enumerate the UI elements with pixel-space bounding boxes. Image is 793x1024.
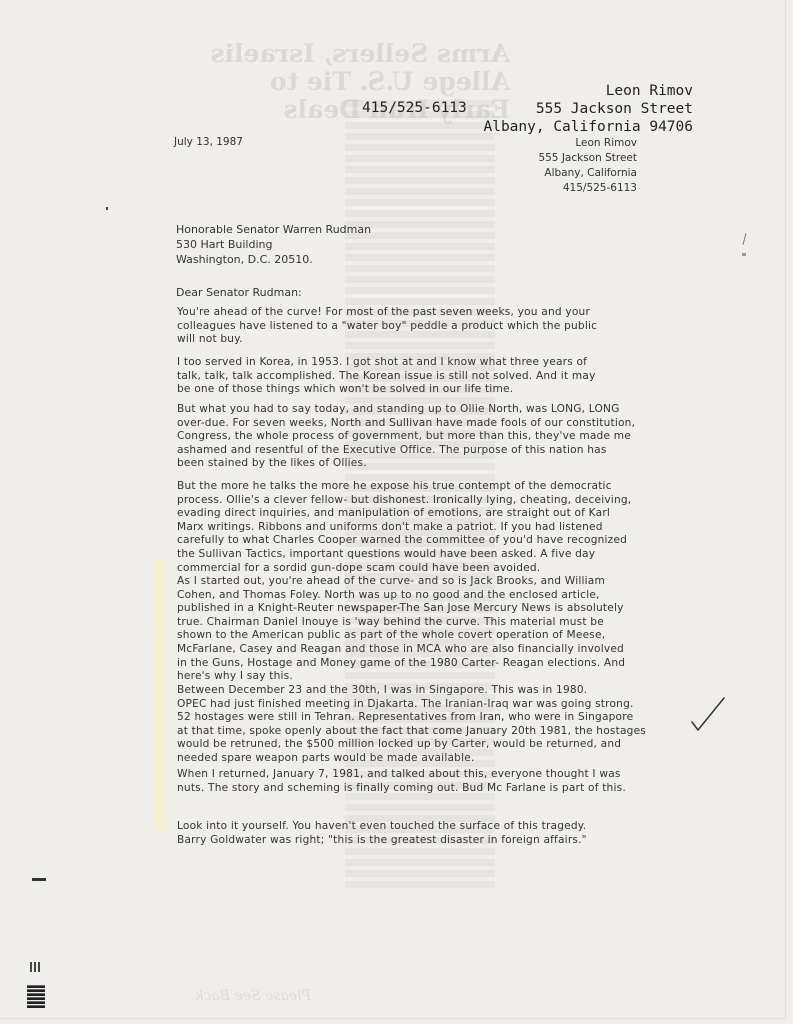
paragraph-line: in the Guns, Hostage and Money game of t… bbox=[177, 657, 677, 671]
paragraph: Between December 23 and the 30th, I was … bbox=[177, 684, 677, 766]
paragraph-line: would be retruned, the $500 million lock… bbox=[177, 738, 677, 752]
paragraph-line: shown to the American public as part of … bbox=[177, 629, 677, 643]
paragraph-line: Marx writings. Ribbons and uniforms don'… bbox=[177, 521, 677, 535]
paragraph-line: true. Chairman Daniel Inouye is 'way beh… bbox=[177, 616, 677, 630]
margin-mark bbox=[742, 233, 746, 245]
sender-phone: 415/525-6113 bbox=[538, 181, 637, 196]
margin-mark bbox=[106, 207, 108, 210]
paragraph-line: 52 hostages were still in Tehran. Repres… bbox=[177, 711, 677, 725]
sender-city: Albany, California bbox=[538, 166, 637, 181]
paragraph: As I started out, you're ahead of the cu… bbox=[177, 575, 677, 684]
paragraph: Look into it yourself. You haven't even … bbox=[177, 820, 677, 847]
paragraph-line: ashamed and resentful of the Executive O… bbox=[177, 444, 677, 458]
paragraph-line: Barry Goldwater was right; "this is the … bbox=[177, 834, 677, 848]
paragraph-line: the Sullivan Tactics, important question… bbox=[177, 548, 677, 562]
margin-mark bbox=[742, 253, 746, 256]
letterhead-street: 555 Jackson Street bbox=[483, 100, 693, 118]
hole-punch-mark bbox=[32, 878, 46, 881]
paragraph: But what you had to say today, and stand… bbox=[177, 403, 677, 471]
paragraph-line: published in a Knight-Reuter newspaper-T… bbox=[177, 602, 677, 616]
recipient-line: Honorable Senator Warren Rudman bbox=[176, 222, 371, 237]
letter-date: July 13, 1987 bbox=[174, 136, 243, 148]
paragraph-line: here's why I say this. bbox=[177, 670, 677, 684]
sender-street: 555 Jackson Street bbox=[538, 151, 637, 166]
letterhead: Leon Rimov 555 Jackson Street Albany, Ca… bbox=[483, 82, 693, 136]
paragraph-line: But the more he talks the more he expose… bbox=[177, 480, 677, 494]
paragraph-line: commercial for a sordid gun-dope scam co… bbox=[177, 562, 677, 576]
paragraph-line: I too served in Korea, in 1953. I got sh… bbox=[177, 356, 677, 370]
recipient-line: Washington, D.C. 20510. bbox=[176, 252, 371, 267]
paragraph-line: As I started out, you're ahead of the cu… bbox=[177, 575, 677, 589]
paragraph-line: nuts. The story and scheming is finally … bbox=[177, 782, 677, 796]
paragraph-line: You're ahead of the curve! For most of t… bbox=[177, 306, 677, 320]
highlight-stain bbox=[152, 560, 170, 830]
salutation: Dear Senator Rudman: bbox=[176, 286, 302, 299]
letter-page: Arms Sellers, Israelis Allege U.S. Tie t… bbox=[0, 0, 786, 1019]
bleedthrough-footer: Please See Back bbox=[195, 988, 311, 1004]
letterhead-phone: 415/525-6113 bbox=[362, 100, 467, 116]
paragraph-line: McFarlane, Casey and Reagan and those in… bbox=[177, 643, 677, 657]
sender-name: Leon Rimov bbox=[538, 136, 637, 151]
paragraph-line: evading direct inquiries, and manipulati… bbox=[177, 507, 677, 521]
paragraph: But the more he talks the more he expose… bbox=[177, 480, 677, 575]
scan-artifact bbox=[27, 984, 45, 1008]
paragraph-line: over-due. For seven weeks, North and Sul… bbox=[177, 417, 677, 431]
recipient-address: Honorable Senator Warren Rudman 530 Hart… bbox=[176, 222, 371, 267]
paragraph-line: Congress, the whole process of governmen… bbox=[177, 430, 677, 444]
paragraph-line: needed spare weapon parts would be made … bbox=[177, 752, 677, 766]
recipient-line: 530 Hart Building bbox=[176, 237, 371, 252]
paragraph-line: will not buy. bbox=[177, 333, 677, 347]
letterhead-name: Leon Rimov bbox=[483, 82, 693, 100]
paragraph: When I returned, January 7, 1981, and ta… bbox=[177, 768, 677, 795]
paragraph-line: be one of those things which won't be so… bbox=[177, 383, 677, 397]
paragraph-line: talk, talk, talk accomplished. The Korea… bbox=[177, 370, 677, 384]
checkmark-icon bbox=[688, 692, 728, 732]
paragraph-line: Cohen, and Thomas Foley. North was up to… bbox=[177, 589, 677, 603]
paragraph-line: been stained by the likes of Ollies. bbox=[177, 457, 677, 471]
paragraph-line: colleagues have listened to a "water boy… bbox=[177, 320, 677, 334]
paragraph-line: process. Ollie's a clever fellow- but di… bbox=[177, 494, 677, 508]
paragraph-line: at that time, spoke openly about the fac… bbox=[177, 725, 677, 739]
paragraph-line: Between December 23 and the 30th, I was … bbox=[177, 684, 677, 698]
paragraph: You're ahead of the curve! For most of t… bbox=[177, 306, 677, 347]
paragraph-line: When I returned, January 7, 1981, and ta… bbox=[177, 768, 677, 782]
paragraph-line: Look into it yourself. You haven't even … bbox=[177, 820, 677, 834]
paragraph-line: OPEC had just finished meeting in Djakar… bbox=[177, 698, 677, 712]
paragraph-line: carefully to what Charles Cooper warned … bbox=[177, 534, 677, 548]
sender-address: Leon Rimov 555 Jackson Street Albany, Ca… bbox=[538, 136, 637, 196]
paragraph-line: But what you had to say today, and stand… bbox=[177, 403, 677, 417]
scan-artifact bbox=[30, 962, 42, 972]
letterhead-city: Albany, California 94706 bbox=[483, 118, 693, 136]
paragraph: I too served in Korea, in 1953. I got sh… bbox=[177, 356, 677, 397]
